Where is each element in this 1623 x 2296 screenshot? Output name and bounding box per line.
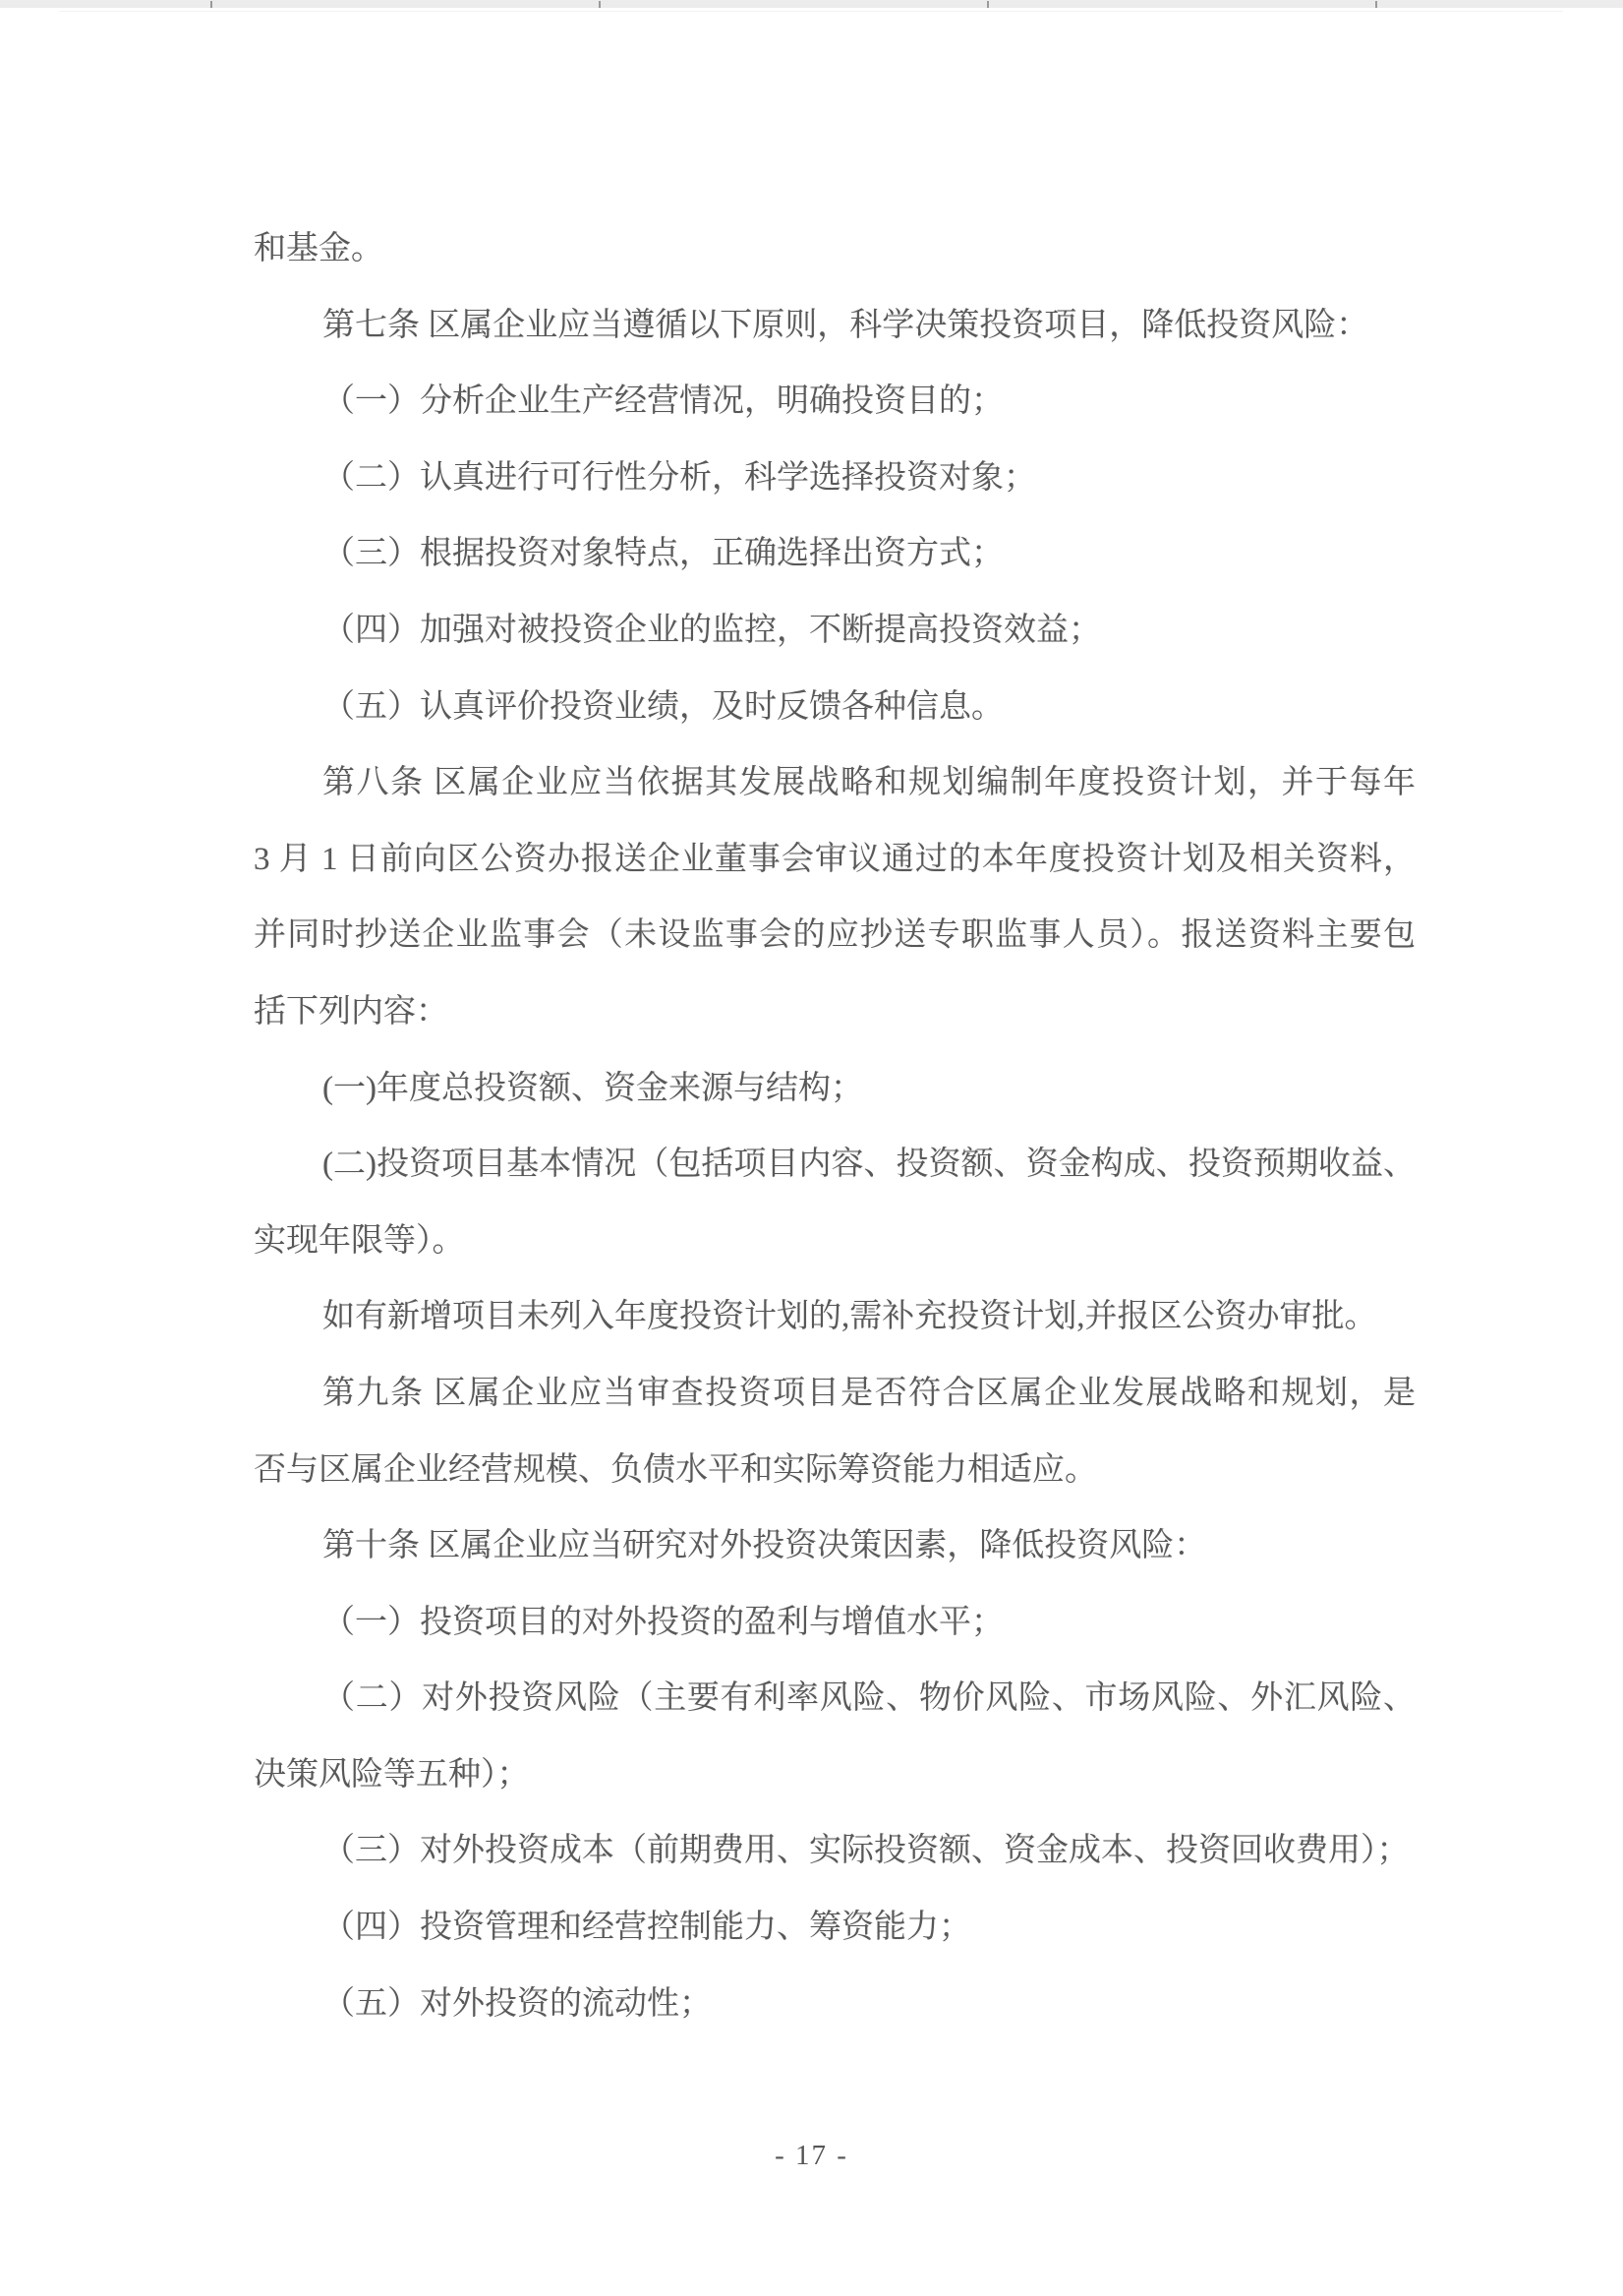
scan-artifact-tick xyxy=(1375,1,1377,8)
document-line: （五）认真评价投资业绩，及时反馈各种信息。 xyxy=(254,682,1416,759)
document-line: （三）对外投资成本（前期费用、实际投资额、资金成本、投资回收费用）； xyxy=(254,1826,1416,1903)
scan-artifact-tick xyxy=(599,1,601,8)
document-line: 3 月 1 日前向区公资办报送企业董事会审议通过的本年度投资计划及相关资料， xyxy=(254,835,1416,912)
scan-artifact-tick xyxy=(210,1,212,8)
document-line: （一）分析企业生产经营情况，明确投资目的； xyxy=(254,377,1416,453)
document-line: 如有新增项目未列入年度投资计划的,需补充投资计划,并报区公资办审批。 xyxy=(254,1292,1416,1369)
document-line: (二)投资项目基本情况（包括项目内容、投资额、资金构成、投资预期收益、 xyxy=(254,1140,1416,1216)
document-line-article-10: 第十条 区属企业应当研究对外投资决策因素，降低投资风险： xyxy=(254,1521,1416,1598)
document-line: 决策风险等五种）； xyxy=(254,1750,1416,1827)
document-line: 和基金。 xyxy=(254,224,1416,301)
document-line: （五）对外投资的流动性； xyxy=(254,1979,1416,2056)
document-line: 括下列内容： xyxy=(254,987,1416,1064)
document-line: 实现年限等）。 xyxy=(254,1216,1416,1293)
scan-artifact-line xyxy=(59,11,1563,12)
document-line: （二）对外投资风险（主要有利率风险、物价风险、市场风险、外汇风险、 xyxy=(254,1674,1416,1750)
document-line-article-8: 第八条 区属企业应当依据其发展战略和规划编制年度投资计划，并于每年 xyxy=(254,758,1416,835)
document-line-article-7: 第七条 区属企业应当遵循以下原则，科学决策投资项目，降低投资风险： xyxy=(254,301,1416,378)
document-line-article-9: 第九条 区属企业应当审查投资项目是否符合区属企业发展战略和规划，是 xyxy=(254,1369,1416,1445)
document-line: 并同时抄送企业监事会（未设监事会的应抄送专职监事人员）。报送资料主要包 xyxy=(254,911,1416,987)
scan-artifact-band xyxy=(0,0,1623,8)
document-line: （一）投资项目的对外投资的盈利与增值水平； xyxy=(254,1598,1416,1675)
document-line: （四）投资管理和经营控制能力、筹资能力； xyxy=(254,1903,1416,1979)
document-line: (一)年度总投资额、资金来源与结构； xyxy=(254,1064,1416,1141)
document-line: （三）根据投资对象特点，正确选择出资方式； xyxy=(254,529,1416,606)
document-line: （二）认真进行可行性分析，科学选择投资对象； xyxy=(254,453,1416,530)
document-page: 和基金。 第七条 区属企业应当遵循以下原则，科学决策投资项目，降低投资风险： （… xyxy=(0,0,1623,2296)
document-line: 否与区属企业经营规模、负债水平和实际筹资能力相适应。 xyxy=(254,1445,1416,1522)
document-body: 和基金。 第七条 区属企业应当遵循以下原则，科学决策投资项目，降低投资风险： （… xyxy=(254,224,1416,2055)
scan-artifact-tick xyxy=(987,1,989,8)
document-line: （四）加强对被投资企业的监控，不断提高投资效益； xyxy=(254,606,1416,682)
page-number: - 17 - xyxy=(0,2140,1623,2172)
